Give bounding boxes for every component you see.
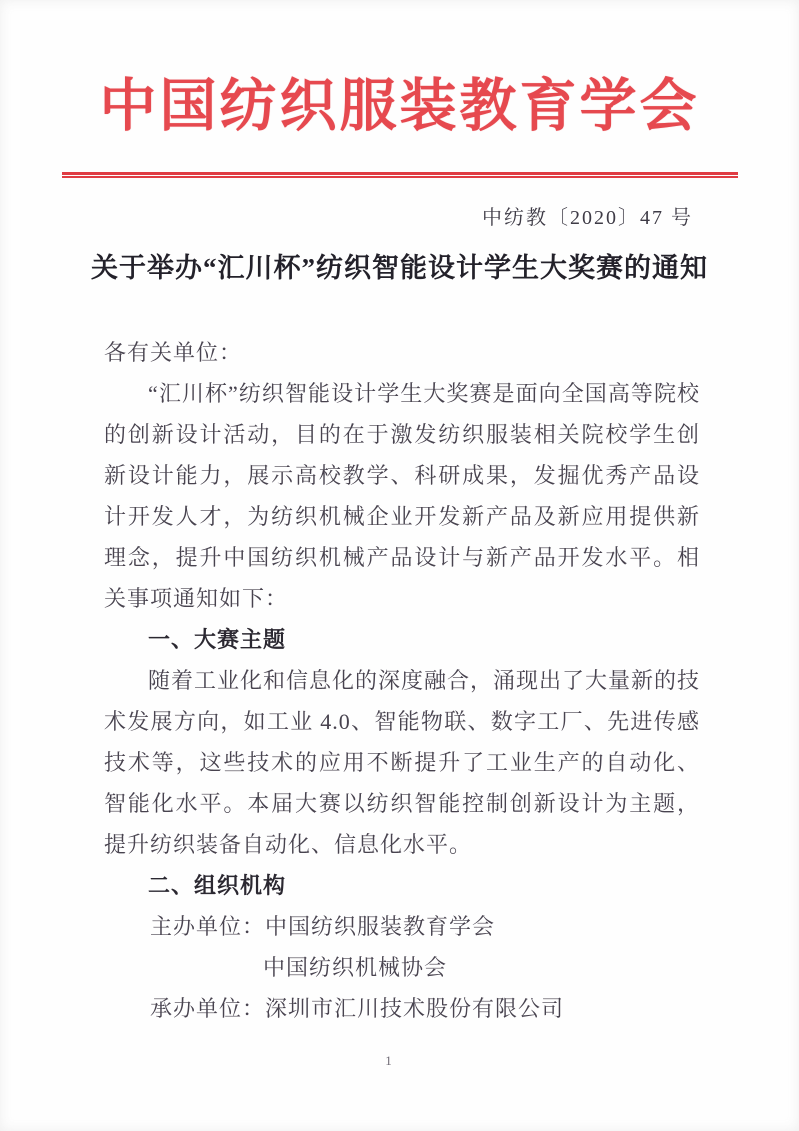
undertaker-line: 承办单位：深圳市汇川技术股份有限公司 [104, 988, 700, 1029]
section-1-paragraph: 随着工业化和信息化的深度融合，涌现出了大量新的技术发展方向，如工业 4.0、智能… [104, 660, 700, 865]
page-number: 1 [0, 1053, 788, 1069]
document-page: 中国纺织服装教育学会 中纺教〔2020〕47 号 关于举办“汇川杯”纺织智能设计… [0, 0, 799, 1131]
section-2-heading: 二、组织机构 [104, 865, 700, 906]
document-number: 中纺教〔2020〕47 号 [0, 178, 799, 232]
salutation: 各有关单位： [104, 332, 700, 373]
section-1-heading: 一、大赛主题 [104, 619, 700, 660]
undertaker-label: 承办单位： [150, 996, 265, 1021]
organizer-line-2: 中国纺织机械协会 [104, 947, 700, 988]
organizer-line-1: 主办单位：中国纺织服装教育学会 [104, 906, 700, 947]
document-title: 关于举办“汇川杯”纺织智能设计学生大奖赛的通知 [0, 248, 799, 288]
intro-paragraph: “汇川杯”纺织智能设计学生大奖赛是面向全国高等院校的创新设计活动，目的在于激发纺… [104, 373, 700, 619]
document-body: 各有关单位： “汇川杯”纺织智能设计学生大奖赛是面向全国高等院校的创新设计活动，… [104, 332, 700, 1029]
organizer-label: 主办单位： [150, 914, 265, 939]
letterhead-org-name: 中国纺织服装教育学会 [0, 0, 799, 135]
organizer-value-1: 中国纺织服装教育学会 [265, 914, 495, 939]
undertaker-value: 深圳市汇川技术股份有限公司 [265, 996, 564, 1021]
organizer-value-2: 中国纺织机械协会 [263, 955, 447, 980]
